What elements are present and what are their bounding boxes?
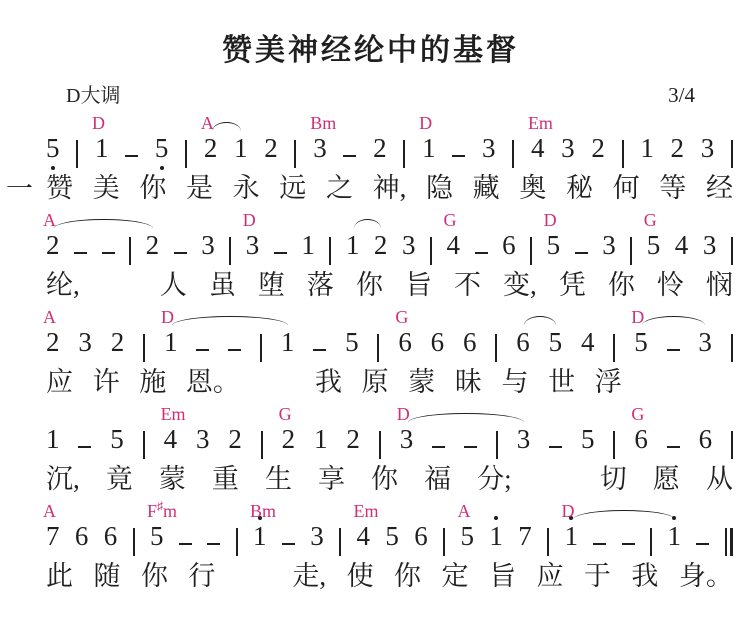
note: 6 (502, 232, 516, 259)
chord-label: G (444, 211, 457, 229)
notes-row: 2A233D11234G65D35G43 (46, 232, 733, 266)
barline (731, 431, 733, 459)
note: 5F♯m (150, 523, 164, 550)
lyric-syllable: 与 (501, 366, 528, 398)
dash-hold (464, 446, 477, 449)
chord-label: G (631, 405, 644, 423)
note: 2 (228, 426, 242, 453)
note: 2 (346, 426, 360, 453)
note: 4Em (164, 426, 178, 453)
lyric-syllable: 身。 (679, 560, 733, 592)
chord-label: Em (354, 502, 379, 520)
dash-hold (196, 349, 209, 352)
note: 4 (675, 232, 689, 259)
bar-stroke (731, 431, 733, 459)
slur (524, 316, 556, 326)
page-title: 赞美神经纶中的基督 (0, 0, 741, 67)
note: 6G (398, 329, 412, 356)
bar-stroke (725, 528, 727, 556)
note: 5 (155, 135, 169, 162)
lyric-syllable: 应 (536, 560, 563, 592)
dash-hold (274, 252, 287, 255)
barline (143, 431, 145, 459)
lyric-syllable: 远 (279, 172, 306, 204)
note: 1Bm (253, 523, 267, 550)
chord-label: Bm (310, 114, 336, 132)
barline (185, 140, 187, 168)
note: 6 (516, 329, 530, 356)
barline (261, 431, 263, 459)
dash-hold (432, 446, 445, 449)
dash-hold (207, 543, 220, 546)
bar-stroke (622, 140, 624, 168)
barline (547, 528, 549, 556)
octave-dot-low (51, 166, 55, 170)
note: 1 (234, 135, 248, 162)
note: 7 (518, 523, 532, 550)
chord-label: G (644, 211, 657, 229)
note: 1D (422, 135, 436, 162)
chord-label: D (419, 114, 432, 132)
barline (613, 431, 615, 459)
note: 4Em (531, 135, 545, 162)
note: 3 (701, 135, 715, 162)
note: 1D (95, 135, 109, 162)
note: 3 (561, 135, 575, 162)
note: 1 (668, 523, 682, 550)
barline (379, 431, 381, 459)
note: 1D (164, 329, 178, 356)
lyric-syllable: 落 (307, 269, 334, 301)
lyric-syllable: 享 (318, 463, 345, 495)
note: 6G (634, 426, 648, 453)
bar-stroke (731, 237, 733, 265)
final-barline (725, 528, 733, 556)
note: 2 (146, 232, 160, 259)
note: 3 (698, 329, 712, 356)
note: 3Bm (313, 135, 327, 162)
chord-label: Em (528, 114, 553, 132)
lyric-syllable: 你 (371, 463, 398, 495)
score-line: 154Em322G123D356G6沉,竟蒙重生享你福分;切愿从 (46, 405, 733, 502)
note: 3 (482, 135, 496, 162)
dash-hold (174, 252, 187, 255)
barline (613, 334, 615, 362)
lyric-syllable: 神, (373, 172, 407, 204)
dash-hold (593, 543, 606, 546)
note: 3 (78, 329, 92, 356)
lyric-syllable: 悯 (706, 269, 733, 301)
lyric-syllable: 我 (315, 366, 342, 398)
dash-hold (343, 155, 356, 158)
barline (329, 237, 331, 265)
score-line: 2A321D156G666545D3应许施恩。我原蒙昧与世浮 (46, 308, 733, 405)
lyric-syllable: 变, (503, 269, 537, 301)
lyric-syllable: 何 (613, 172, 640, 204)
bar-stroke (613, 431, 615, 459)
barline (731, 334, 733, 362)
note: 3 (310, 523, 324, 550)
chord-label: A (458, 502, 471, 520)
barline (143, 334, 145, 362)
bar-stroke (630, 237, 632, 265)
lyric-syllable: 此 (46, 560, 73, 592)
barline (236, 528, 238, 556)
lyric-syllable: 沉, (46, 463, 80, 495)
lyrics-row: 此随你行走,使你定旨应于我身。 (46, 560, 733, 592)
chord-label: A (43, 308, 56, 326)
lyric-syllable: 应 (46, 366, 73, 398)
barline (294, 140, 296, 168)
barline (430, 237, 432, 265)
chord-label: D (92, 114, 105, 132)
lyric-syllable: 经 (706, 172, 733, 204)
lyric-syllable: 你 (356, 269, 383, 301)
barline (512, 140, 514, 168)
score: 51D52A123Bm21D34Em32123一赞美你是永远之神,隐藏奥秘何等经… (46, 114, 733, 599)
dash-hold (102, 252, 115, 255)
slur (54, 219, 153, 229)
chord-label: F♯m (147, 502, 177, 520)
dash-hold (78, 446, 91, 449)
lyric-syllable: 是 (186, 172, 213, 204)
bar-stroke (260, 334, 262, 362)
barline (339, 528, 341, 556)
note: 3 (602, 232, 616, 259)
note: 5 (345, 329, 359, 356)
note: 3D (246, 232, 260, 259)
notes-row: 154Em322G123D356G6 (46, 426, 733, 460)
slur (172, 316, 288, 326)
note: 6 (431, 329, 445, 356)
lyric-syllable: 你 (394, 560, 421, 592)
dash-hold (313, 349, 326, 352)
note: 5G (647, 232, 661, 259)
octave-dot-high (494, 516, 498, 520)
note: 1D (565, 523, 579, 550)
bar-stroke (443, 528, 445, 556)
bar-stroke (133, 528, 135, 556)
note: 5 (46, 135, 60, 162)
notes-row: 7A665F♯m1Bm34Em565A171D1 (46, 523, 733, 557)
note: 3D (400, 426, 414, 453)
lyrics-row: 纶,人虽堕落你旨不变,凭你怜悯 (46, 269, 733, 301)
lyric-syllable: 美 (93, 172, 120, 204)
lyric-syllable: 凭 (559, 269, 586, 301)
lyric-syllable: 蒙 (408, 366, 435, 398)
lyrics-row: 沉,竟蒙重生享你福分;切愿从 (46, 463, 733, 495)
lyric-syllable: 堕 (258, 269, 285, 301)
lyric-syllable: 你 (141, 560, 168, 592)
lyric-syllable: 许 (93, 366, 120, 398)
note: 6 (104, 523, 118, 550)
time-signature: 3/4 (668, 83, 695, 108)
dash-hold (475, 252, 488, 255)
lyric-syllable: 世 (548, 366, 575, 398)
lyric-syllable: 蒙 (159, 463, 186, 495)
note: 2 (591, 135, 605, 162)
note: 3 (201, 232, 215, 259)
barline (731, 140, 733, 168)
bar-stroke (403, 140, 405, 168)
notes-row: 51D52A123Bm21D34Em32123 (46, 135, 733, 169)
lyric-syllable: 你 (608, 269, 635, 301)
note: 5 (549, 329, 563, 356)
lyric-syllable: 怜 (657, 269, 684, 301)
bar-stroke (185, 140, 187, 168)
note: 3 (196, 426, 210, 453)
lyric-syllable: 从 (706, 463, 733, 495)
note: 1 (46, 426, 60, 453)
lyric-syllable: 奥 (519, 172, 546, 204)
barline (129, 237, 131, 265)
barline (622, 140, 624, 168)
bar-stroke (294, 140, 296, 168)
lyric-syllable: 旨 (489, 560, 516, 592)
bar-stroke (730, 528, 733, 556)
barline (530, 237, 532, 265)
note: 2A (204, 135, 218, 162)
note: 5D (547, 232, 561, 259)
bar-stroke (495, 334, 497, 362)
note: 2 (264, 135, 278, 162)
bar-stroke (547, 528, 549, 556)
note: 4G (447, 232, 461, 259)
dash-hold (179, 543, 192, 546)
lyric-syllable: 恩。 (186, 366, 240, 398)
barline (377, 334, 379, 362)
note: 5 (110, 426, 124, 453)
dash-hold (667, 446, 680, 449)
bar-stroke (261, 431, 263, 459)
note: 1 (346, 232, 360, 259)
barline (731, 237, 733, 265)
dash-hold (622, 543, 635, 546)
bar-stroke (379, 431, 381, 459)
sharp-sign: ♯ (157, 499, 163, 513)
lyric-syllable: 分; (477, 463, 512, 495)
lyric-syllable: 旨 (405, 269, 432, 301)
note: 1 (489, 523, 503, 550)
chord-label: Em (161, 405, 186, 423)
chord-label: A (43, 502, 56, 520)
lyric-syllable: 虽 (209, 269, 236, 301)
lyric-syllable: 随 (93, 560, 120, 592)
lyric-syllable: 浮 (595, 366, 622, 398)
lyric-syllable: 藏 (473, 172, 500, 204)
lyrics-row: 应许施恩。我原蒙昧与世浮 (46, 366, 733, 398)
note: 3 (517, 426, 531, 453)
lyric-syllable: 愿 (653, 463, 680, 495)
octave-dot-low (160, 166, 164, 170)
key-signature: D大调 (66, 79, 120, 108)
slur (408, 413, 524, 423)
score-line: 7A665F♯m1Bm34Em565A171D1此随你行走,使你定旨应于我身。 (46, 502, 733, 599)
note: 5 (581, 426, 595, 453)
note: 3 (703, 232, 717, 259)
dash-hold (282, 543, 295, 546)
lyric-syllable: 原 (362, 366, 389, 398)
chord-label: Bm (250, 502, 276, 520)
chord-label: G (279, 405, 292, 423)
lyric-syllable: 人 (160, 269, 187, 301)
chord-label: G (395, 308, 408, 326)
barline (630, 237, 632, 265)
note: 2 (671, 135, 685, 162)
lyric-syllable: 生 (265, 463, 292, 495)
lyric-syllable: 昧 (455, 366, 482, 398)
score-line: 51D52A123Bm21D34Em32123一赞美你是永远之神,隐藏奥秘何等经 (46, 114, 733, 211)
bar-stroke (339, 528, 341, 556)
note: 6 (75, 523, 89, 550)
meta-row: D大调 3/4 (0, 67, 741, 108)
note: 6 (414, 523, 428, 550)
dash-hold (452, 155, 465, 158)
bar-stroke (229, 237, 231, 265)
note: 3 (402, 232, 416, 259)
slur (212, 122, 241, 132)
lyric-syllable: 定 (442, 560, 469, 592)
barline (495, 334, 497, 362)
note: 4 (581, 329, 595, 356)
lyric-syllable: 赞 (46, 172, 73, 204)
slur (354, 219, 381, 229)
note: 2A (46, 329, 60, 356)
lyric-syllable: 你 (139, 172, 166, 204)
note: 5 (385, 523, 399, 550)
lyrics-row: 一赞美你是永远之神,隐藏奥秘何等经 (46, 172, 733, 204)
lyric-syllable: 施 (139, 366, 166, 398)
bar-stroke (430, 237, 432, 265)
chord-label: D (243, 211, 256, 229)
bar-stroke (731, 140, 733, 168)
hymn-sheet: 赞美神经纶中的基督 D大调 3/4 51D52A123Bm21D34Em3212… (0, 0, 741, 619)
barline (403, 140, 405, 168)
slur (573, 510, 675, 520)
dash-hold (575, 252, 588, 255)
barline (650, 528, 652, 556)
chord-label: D (544, 211, 557, 229)
barline (133, 528, 135, 556)
lyric-syllable: 行 (188, 560, 215, 592)
bar-stroke (731, 334, 733, 362)
dash-hold (228, 349, 241, 352)
dash-hold (696, 543, 709, 546)
lyric-syllable: 之 (326, 172, 353, 204)
bar-stroke (143, 431, 145, 459)
bar-stroke (613, 334, 615, 362)
bar-stroke (236, 528, 238, 556)
barline (229, 237, 231, 265)
note: 4Em (357, 523, 371, 550)
note: 6 (699, 426, 713, 453)
lyric-syllable: 不 (454, 269, 481, 301)
notes-row: 2A321D156G666545D3 (46, 329, 733, 363)
note: 1 (301, 232, 315, 259)
bar-stroke (129, 237, 131, 265)
note: 2 (373, 135, 387, 162)
bar-stroke (329, 237, 331, 265)
dash-hold (667, 349, 680, 352)
lyric-syllable: 切 (600, 463, 627, 495)
note: 2 (374, 232, 388, 259)
bar-stroke (143, 334, 145, 362)
bar-stroke (76, 140, 78, 168)
barline (443, 528, 445, 556)
lyric-syllable: 走, (292, 560, 326, 592)
score-line: 2A233D11234G65D35G43纶,人虽堕落你旨不变,凭你怜悯 (46, 211, 733, 308)
lyric-syllable: 福 (424, 463, 451, 495)
bar-stroke (650, 528, 652, 556)
dash-hold (125, 155, 138, 158)
note: 1 (281, 329, 295, 356)
lyric-syllable: 隐 (426, 172, 453, 204)
bar-stroke (512, 140, 514, 168)
note: 6 (463, 329, 477, 356)
lyric-syllable: 等 (659, 172, 686, 204)
barline (76, 140, 78, 168)
note: 5D (634, 329, 648, 356)
note: 1 (640, 135, 654, 162)
verse-number: 一 (6, 173, 33, 205)
lyric-syllable: 纶, (46, 269, 80, 301)
note: 2 (111, 329, 125, 356)
note: 1 (314, 426, 328, 453)
note: 5A (461, 523, 475, 550)
bar-stroke (496, 431, 498, 459)
barline (260, 334, 262, 362)
note: 2G (282, 426, 296, 453)
lyric-syllable: 秘 (566, 172, 593, 204)
dash-hold (549, 446, 562, 449)
lyric-syllable: 于 (584, 560, 611, 592)
bar-stroke (377, 334, 379, 362)
note: 7A (46, 523, 60, 550)
slur (642, 316, 705, 326)
lyric-syllable: 竟 (106, 463, 133, 495)
lyric-syllable: 我 (631, 560, 658, 592)
note: 2A (46, 232, 60, 259)
lyric-syllable: 永 (233, 172, 260, 204)
barline (496, 431, 498, 459)
lyric-syllable: 重 (212, 463, 239, 495)
bar-stroke (530, 237, 532, 265)
dash-hold (74, 252, 87, 255)
lyric-syllable: 使 (347, 560, 374, 592)
